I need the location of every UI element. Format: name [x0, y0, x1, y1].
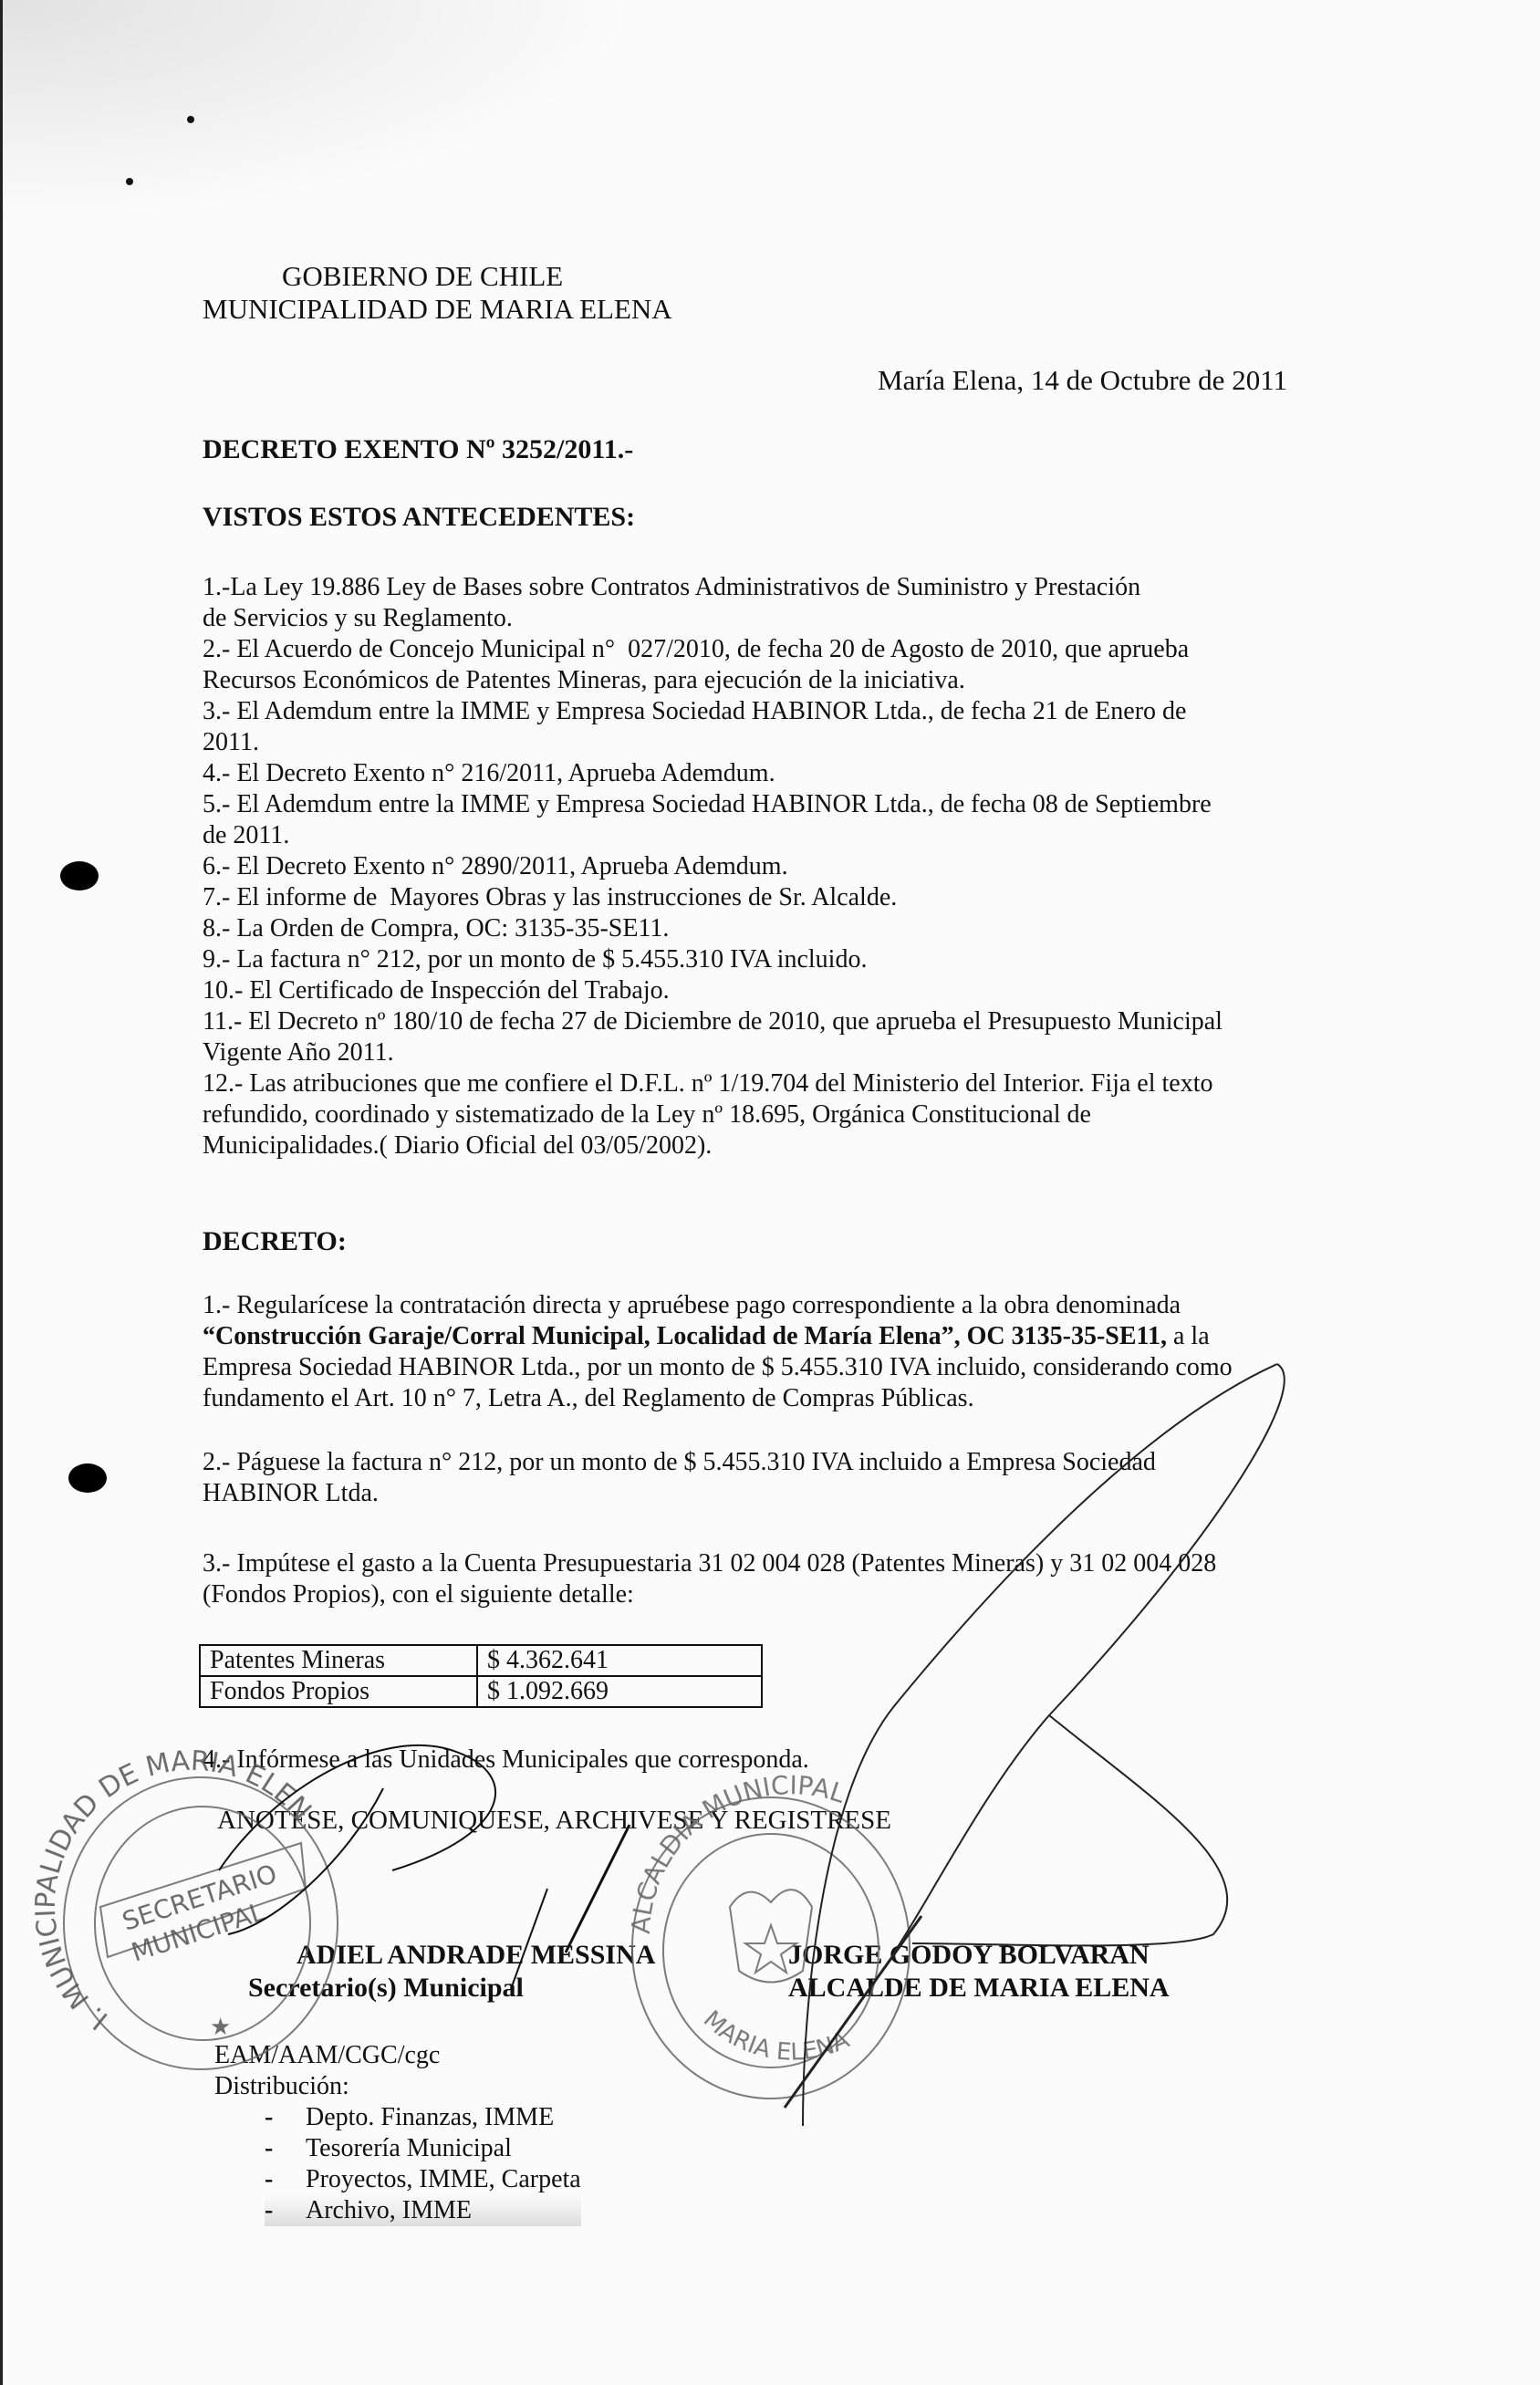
list-item: Tesorería Municipal — [265, 2133, 581, 2164]
stamps-and-signatures: I. MUNICIPALIDAD DE MARIA ELENA SECRETAR… — [0, 0, 1540, 2385]
list-item: Archivo, IMME — [265, 2195, 581, 2226]
distribution-block: Distribución: Depto. Finanzas, IMME Teso… — [214, 2071, 581, 2226]
amount-cell: $ 4.362.641 — [477, 1645, 762, 1676]
svg-text:SECRETARIO: SECRETARIO — [119, 1859, 281, 1937]
amount-cell: $ 1.092.669 — [477, 1676, 762, 1707]
decreto-paragraph-3: 3.- Impútese el gasto a la Cuenta Presup… — [203, 1548, 1334, 1610]
table-row: Fondos Propios $ 1.092.669 — [200, 1676, 762, 1707]
fund-cell: Patentes Mineras — [200, 1645, 477, 1676]
svg-text:MARIA ELENA: MARIA ELENA — [698, 2005, 854, 2067]
budget-allocation-table: Patentes Mineras $ 4.362.641 Fondos Prop… — [199, 1644, 763, 1708]
list-item: 12.- Las atribuciones que me confiere el… — [203, 1068, 1334, 1161]
hole-punch — [68, 1463, 107, 1493]
table-row: Patentes Mineras $ 4.362.641 — [200, 1645, 762, 1676]
paragraph-line: 1.- Regularícese la contratación directa… — [203, 1290, 1334, 1321]
reference-initials: EAM/AAM/CGC/cgc — [214, 2040, 440, 2071]
paragraph-line: 3.- Impútese el gasto a la Cuenta Presup… — [203, 1548, 1334, 1579]
paragraph-line: “Construcción Garaje/Corral Municipal, L… — [203, 1321, 1334, 1352]
vistos-list: 1.-La Ley 19.886 Ley de Bases sobre Cont… — [203, 572, 1334, 1161]
list-item: 1.-La Ley 19.886 Ley de Bases sobre Cont… — [203, 572, 1334, 634]
list-item: 2.- El Acuerdo de Concejo Municipal n° 0… — [203, 634, 1334, 696]
closing-formula: ANOTESE, COMUNIQUESE, ARCHIVESE Y REGIST… — [217, 1805, 891, 1836]
svg-text:MUNICIPAL: MUNICIPAL — [128, 1896, 269, 1967]
mayor-title: ALCALDE DE MARIA ELENA — [788, 1973, 1170, 2004]
list-item: 10.- El Certificado de Inspección del Tr… — [203, 975, 1334, 1006]
decree-number: DECRETO EXENTO Nº 3252/2011.- — [203, 434, 633, 465]
decreto-title: DECRETO: — [203, 1226, 347, 1257]
secretary-name: ADIEL ANDRADE MESSINA — [297, 1940, 655, 1971]
secretary-title: Secretario(s) Municipal — [248, 1973, 524, 2004]
list-item: 3.- El Ademdum entre la IMME y Empresa S… — [203, 696, 1334, 758]
project-name: “Construcción Garaje/Corral Municipal, L… — [203, 1322, 1167, 1350]
distribution-list: Depto. Finanzas, IMME Tesorería Municipa… — [214, 2102, 581, 2226]
staple-mark — [187, 116, 194, 123]
letterhead-municipality: MUNICIPALIDAD DE MARIA ELENA — [203, 292, 672, 327]
fund-cell: Fondos Propios — [200, 1676, 477, 1707]
place-date: María Elena, 14 de Octubre de 2011 — [878, 363, 1287, 398]
scan-left-edge — [0, 0, 3, 2385]
list-item: 6.- El Decreto Exento n° 2890/2011, Apru… — [203, 851, 1334, 882]
decreto-paragraph-1: 1.- Regularícese la contratación directa… — [203, 1290, 1334, 1414]
paragraph-line: 2.- Páguese la factura n° 212, por un mo… — [203, 1447, 1334, 1478]
distribution-label: Distribución: — [214, 2071, 581, 2102]
svg-text:ALCALDIA MUNICIPAL: ALCALDIA MUNICIPAL — [626, 1770, 849, 1935]
list-item: 4.- El Decreto Exento n° 216/2011, Aprue… — [203, 758, 1334, 789]
list-item: 9.- La factura n° 212, por un monto de $… — [203, 944, 1334, 975]
vistos-title: VISTOS ESTOS ANTECEDENTES: — [203, 502, 635, 533]
decreto-paragraph-4: 4.- Infórmese a las Unidades Municipales… — [203, 1744, 809, 1776]
scan-shadow — [0, 0, 639, 219]
paragraph-text: a la — [1167, 1322, 1210, 1350]
hole-punch — [60, 861, 99, 890]
list-item: 5.- El Ademdum entre la IMME y Empresa S… — [203, 789, 1334, 851]
letterhead-government: GOBIERNO DE CHILE — [282, 259, 563, 294]
paragraph-line: (Fondos Propios), con el siguiente detal… — [203, 1579, 1334, 1610]
paragraph-line: fundamento el Art. 10 n° 7, Letra A., de… — [203, 1383, 1334, 1414]
list-item: Proyectos, IMME, Carpeta — [265, 2164, 581, 2195]
list-item: 7.- El informe de Mayores Obras y las in… — [203, 882, 1334, 913]
list-item: 8.- La Orden de Compra, OC: 3135-35-SE11… — [203, 913, 1334, 944]
paragraph-line: HABINOR Ltda. — [203, 1478, 1334, 1509]
mayor-name: JORGE GODOY BOLVARAN — [788, 1940, 1150, 1971]
list-item: 11.- El Decreto nº 180/10 de fecha 27 de… — [203, 1006, 1334, 1068]
svg-text:★: ★ — [210, 2014, 231, 2041]
staple-mark — [126, 178, 133, 185]
paragraph-line: Empresa Sociedad HABINOR Ltda., por un m… — [203, 1352, 1334, 1383]
list-item: Depto. Finanzas, IMME — [265, 2102, 581, 2133]
decreto-paragraph-2: 2.- Páguese la factura n° 212, por un mo… — [203, 1447, 1334, 1509]
